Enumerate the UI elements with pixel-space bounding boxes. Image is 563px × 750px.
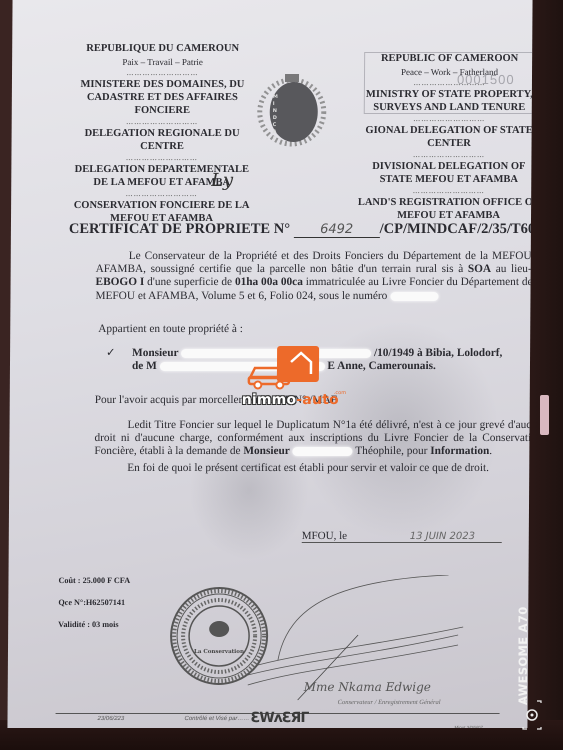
motto-en: Peace – Work – Fatherland <box>357 66 533 79</box>
office-en: LAND'S REGISTRATION OFFICE OF MEFOU ET A… <box>356 196 533 222</box>
receipt-number: Qce N°:H62507141 <box>58 592 130 614</box>
footer-code: Minut 3/0/9/07 <box>454 725 483 728</box>
svg-text:F: F <box>273 136 276 142</box>
certificate-number: 6492 <box>294 222 380 238</box>
country-en: REPUBLIC OF CAMEROON <box>357 52 532 65</box>
sticky-tab <box>540 395 549 435</box>
ministry-fr: MINISTERE DES DOMAINES, DU CADASTRE ET D… <box>70 78 255 117</box>
signatory-name: Mme Nkama Edwige <box>304 680 431 694</box>
mindcaf-seal-icon: M I N D C A F <box>256 60 327 160</box>
svg-text:La Conservation: La Conservation <box>194 649 244 655</box>
handwritten-date: 13 JUIN 2023 <box>410 531 475 542</box>
redaction-mark <box>390 292 438 301</box>
certificate-document: REPUBLIQUE DU CAMEROUN Paix – Travail – … <box>7 0 532 728</box>
owner-label: Appartient en toute propriété à : <box>98 323 532 336</box>
header-french: REPUBLIQUE DU CAMEROUN Paix – Travail – … <box>69 42 255 226</box>
car-icon <box>247 364 307 390</box>
svg-text:M: M <box>273 94 278 100</box>
nimmo-auto-watermark: nimmo-auto .com <box>242 340 353 420</box>
paragraph-intro: Le Conservateur de la Propriété et des D… <box>95 250 532 303</box>
motto-fr: Paix – Travail – Patrie <box>70 56 255 69</box>
footer-date: 23/06/223 <box>98 716 125 722</box>
svg-text:A: A <box>273 129 277 135</box>
camera-focus-icon <box>520 700 544 730</box>
header-english: REPUBLIC OF CAMEROON Peace – Work – Fath… <box>356 52 533 223</box>
country-fr: REPUBLIQUE DU CAMEROUN <box>70 42 255 55</box>
regional-fr: DELEGATION REGIONALE DU CENTRE <box>69 127 254 153</box>
regional-en: GIONAL DELEGATION OF STATE CENTER <box>356 124 532 150</box>
validity: Validité : 03 mois <box>58 614 130 636</box>
checkmark-icon: ✓ <box>106 347 116 360</box>
ministry-en: MINISTRY OF STATE PROPERTY, SURVEYS AND … <box>357 88 533 114</box>
controller-signature: ƐWᴧƐЯΓ <box>250 710 308 726</box>
redaction-mark <box>293 447 353 456</box>
fee-info: Coût : 25.000 F CFA Qce N°:H62507141 Val… <box>58 570 130 636</box>
signatory-title: Conservateur / Enregistrement Général <box>338 699 441 706</box>
certificate-title: CERTIFICAT DE PROPRIETE N° 6492/CP/MINDC… <box>69 221 533 238</box>
watermark-text: nimmo-auto <box>242 392 339 408</box>
cost: Coût : 25.000 F CFA <box>58 570 130 592</box>
svg-text:D: D <box>273 115 277 121</box>
svg-text:I: I <box>273 101 275 107</box>
place-and-date: MFOU, le 13 JUIN 2023 <box>302 530 502 543</box>
controlled-by: Contrôlé et Visé par…… <box>185 716 250 722</box>
svg-text:C: C <box>273 122 277 128</box>
svg-text:N: N <box>273 108 277 114</box>
divisional-en: DIVISIONAL DELEGATION OF STATE MEFOU ET … <box>356 160 532 186</box>
handwritten-initials: Ly <box>211 170 233 191</box>
paragraph-duplicate: Ledit Titre Foncier sur lequel le Duplic… <box>94 419 532 459</box>
paragraph-closing: En foi de quoi le présent certificat est… <box>94 462 532 475</box>
